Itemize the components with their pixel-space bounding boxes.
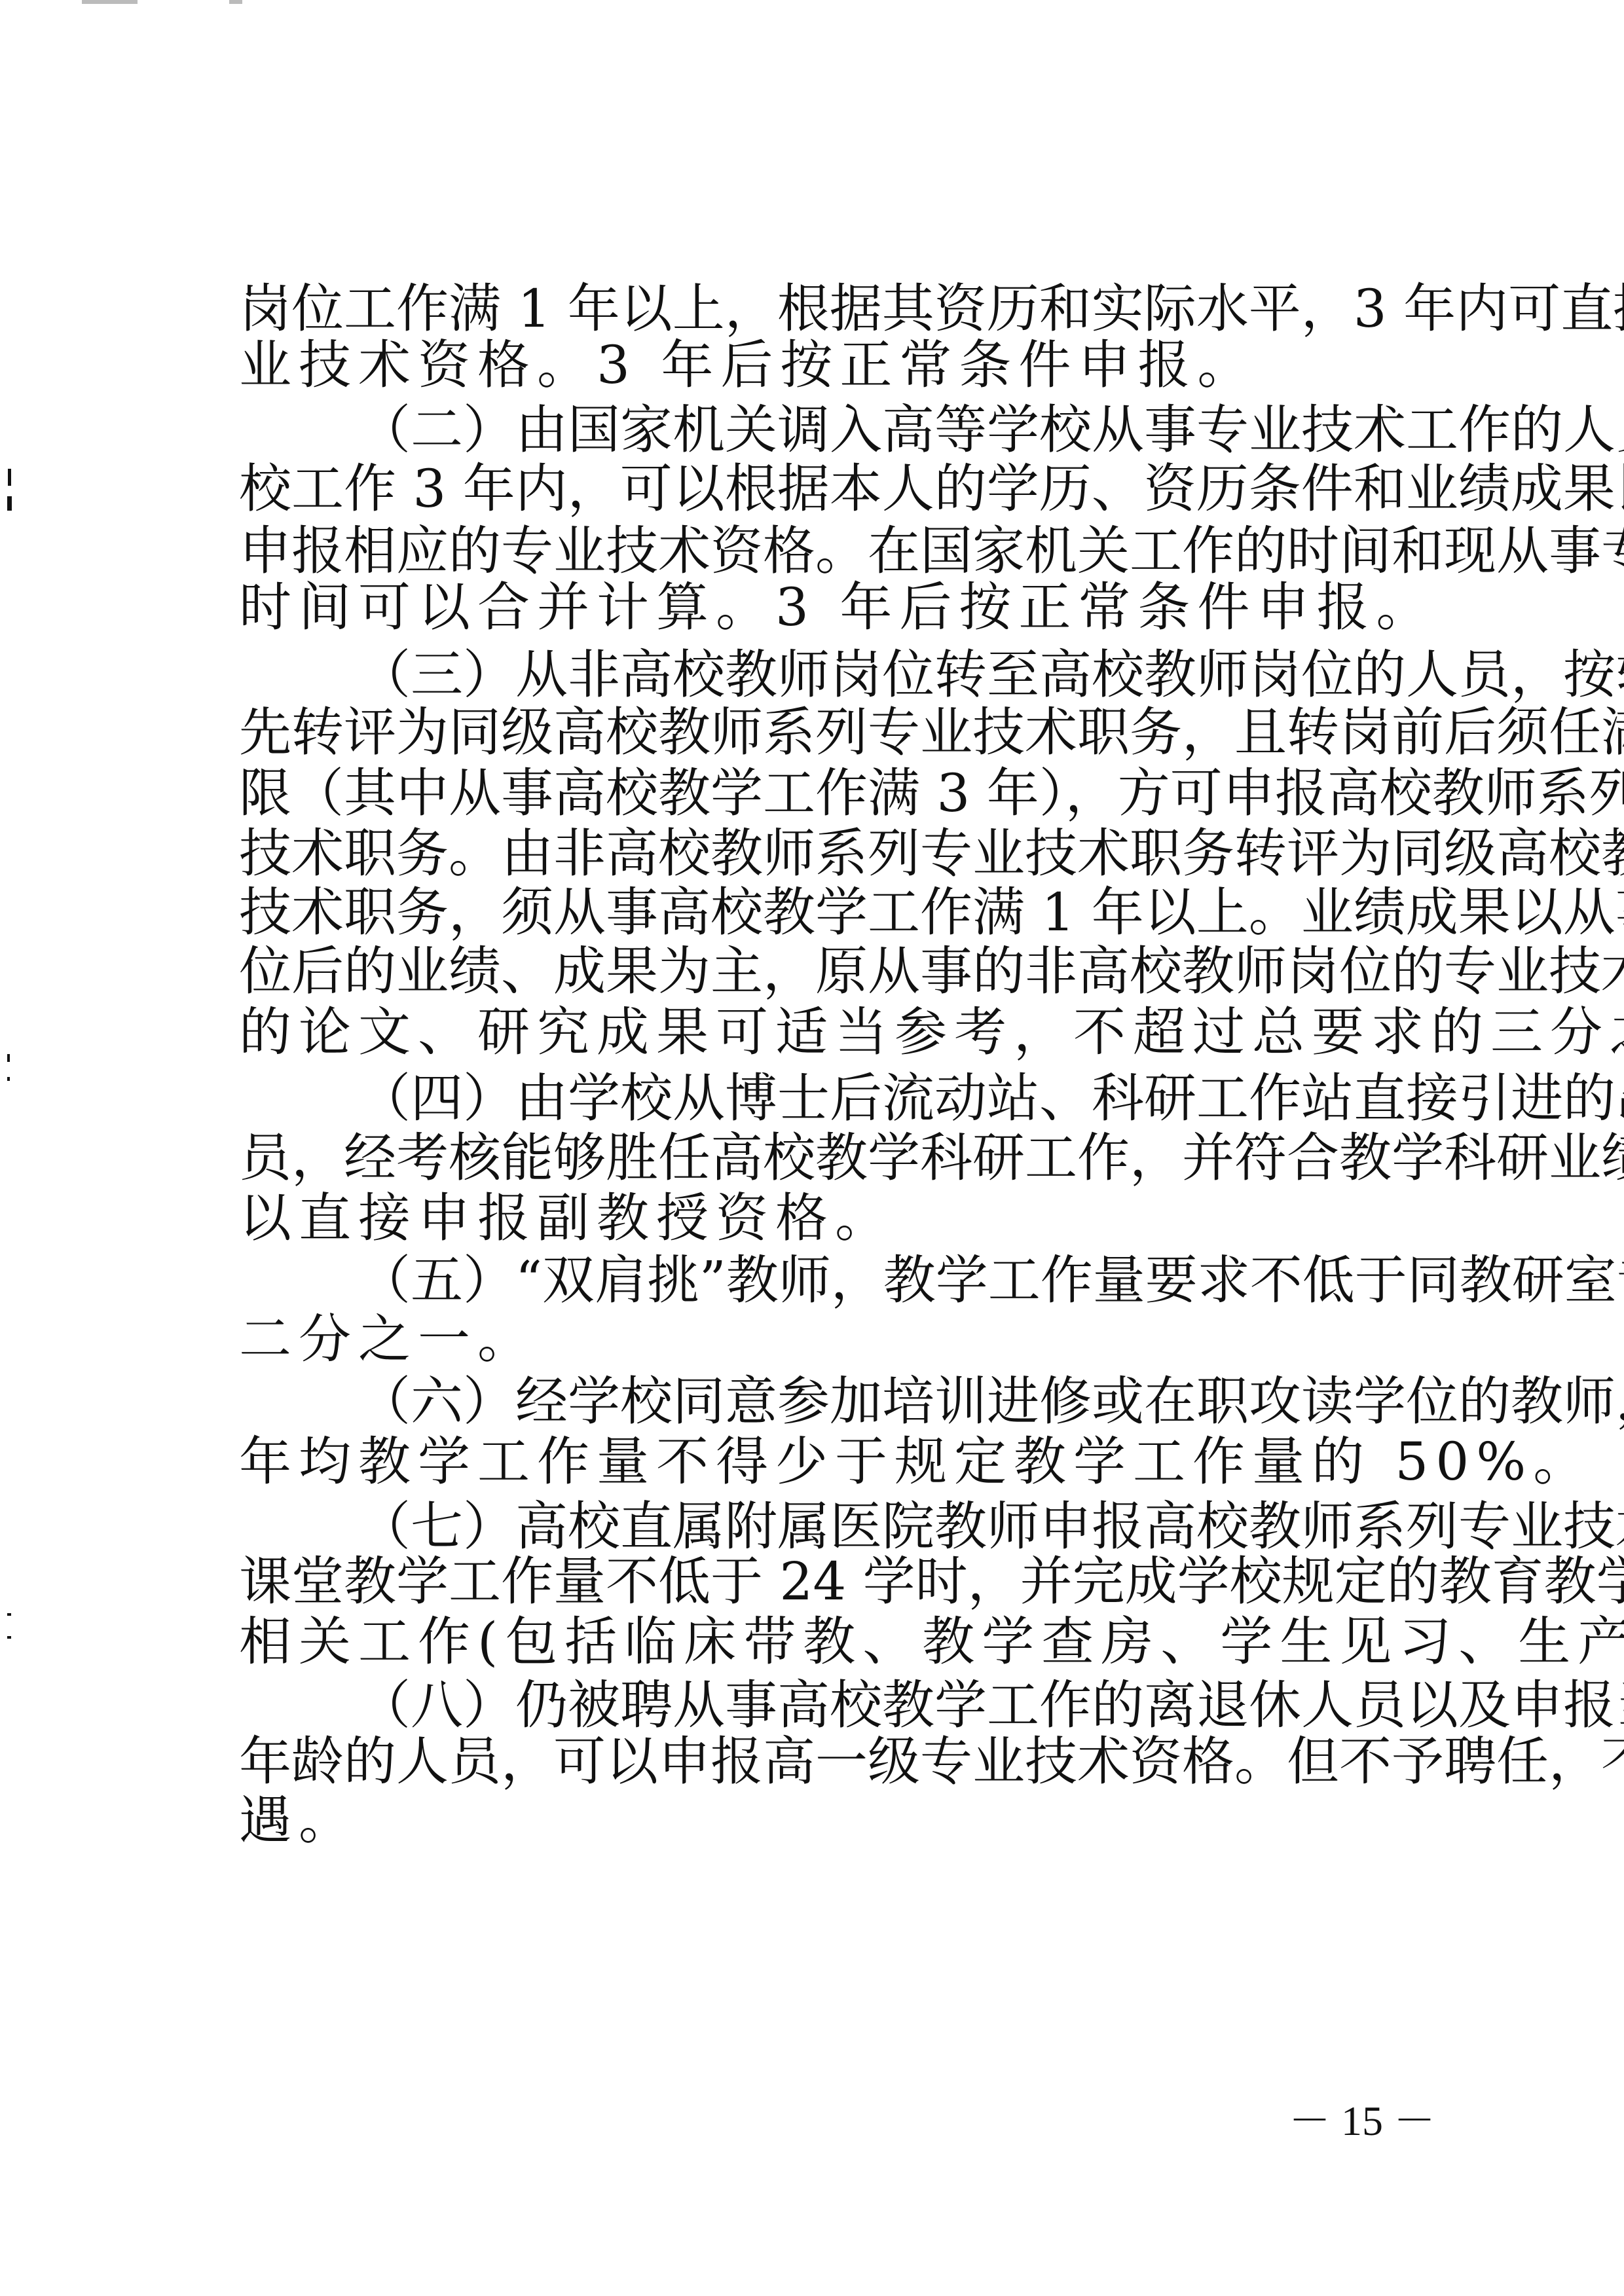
paragraph-2-start: （二）由国家机关调入高等学校从事专业技术工作的人员，在调入高 <box>358 400 1428 460</box>
document-page: 岗位工作满 1 年以上，根据其资历和实际水平，3 年内可直接申报相应专 业技术资… <box>0 0 1624 2296</box>
scan-artifact <box>229 0 242 4</box>
body-line: 技术职务。由非高校教师系列专业技术职务转评为同级高校教师系列专业 <box>239 824 1428 884</box>
body-line: 位后的业绩、成果为主，原从事的非高校教师岗位的专业技术工作所发表 <box>239 941 1428 1002</box>
paragraph-3-start: （三）从非高校教师岗位转至高校教师岗位的人员，按转岗规定，须 <box>358 645 1428 705</box>
scan-artifact <box>7 1054 10 1062</box>
paragraph-7-start: （七）高校直属附属医院教师申报高校教师系列专业技术职务，年均 <box>358 1497 1428 1557</box>
body-line: 时间可以合并计算。3 年后按正常条件申报。 <box>239 577 1428 638</box>
body-line: 课堂教学工作量不低于 24 学时，并完成学校规定的教育教学基本任务和 <box>239 1552 1428 1612</box>
body-line: 申报相应的专业技术资格。在国家机关工作的时间和现从事专业技术工作 <box>239 521 1428 581</box>
body-line: 年龄的人员，可以申报高一级专业技术资格。但不予聘任，不兑现相关待 <box>239 1732 1428 1792</box>
scan-artifact <box>7 496 12 511</box>
body-line: 遇。 <box>239 1791 1428 1851</box>
paragraph-8-start: （八）仍被聘从事高校教学工作的离退休人员以及申报当年达到退休 <box>358 1675 1428 1736</box>
scan-artifact <box>8 469 11 486</box>
body-line: 二分之一。 <box>239 1309 1428 1370</box>
body-line: 校工作 3 年内，可以根据本人的学历、资历条件和业绩成果比照同类人员 <box>239 459 1428 519</box>
paragraph-4-start: （四）由学校从博士后流动站、科研工作站直接引进的出站博士后人 <box>358 1068 1428 1129</box>
body-line: 业技术资格。3 年后按正常条件申报。 <box>239 335 1428 395</box>
body-line: 相关工作(包括临床带教、教学查房、学生见习、生产实习等)。 <box>239 1612 1428 1672</box>
scan-artifact <box>7 1613 11 1616</box>
paragraph-5-start: （五）“双肩挑”教师，教学工作量要求不低于同教研室专任教师的 <box>358 1250 1428 1311</box>
paragraph-6-start: （六）经学校同意参加培训进修或在职攻读学位的教师，任现职期间 <box>358 1372 1428 1432</box>
body-line: 的论文、研究成果可适当参考，不超过总要求的三分之一。 <box>239 1002 1428 1063</box>
scan-artifact <box>82 0 138 4</box>
scan-artifact <box>7 1077 10 1081</box>
body-line: 年均教学工作量不得少于规定教学工作量的 50%。 <box>239 1432 1428 1492</box>
body-line: 限（其中从事高校教学工作满 3 年），方可申报高校教师系列高一级专业 <box>239 763 1428 824</box>
body-line: 员，经考核能够胜任高校教学科研工作，并符合教学科研业绩要求的，可 <box>239 1128 1428 1188</box>
body-line: 先转评为同级高校教师系列专业技术职务，且转岗前后须任满一个任职年 <box>239 702 1428 763</box>
scan-artifact <box>7 1636 11 1639</box>
body-line: 技术职务，须从事高校教学工作满 1 年以上。业绩成果以从事高校教师岗 <box>239 883 1428 943</box>
page-number: － 15 － <box>1283 2095 1441 2147</box>
body-line: 以直接申报副教授资格。 <box>239 1188 1428 1248</box>
body-line: 岗位工作满 1 年以上，根据其资历和实际水平，3 年内可直接申报相应专 <box>239 279 1428 339</box>
